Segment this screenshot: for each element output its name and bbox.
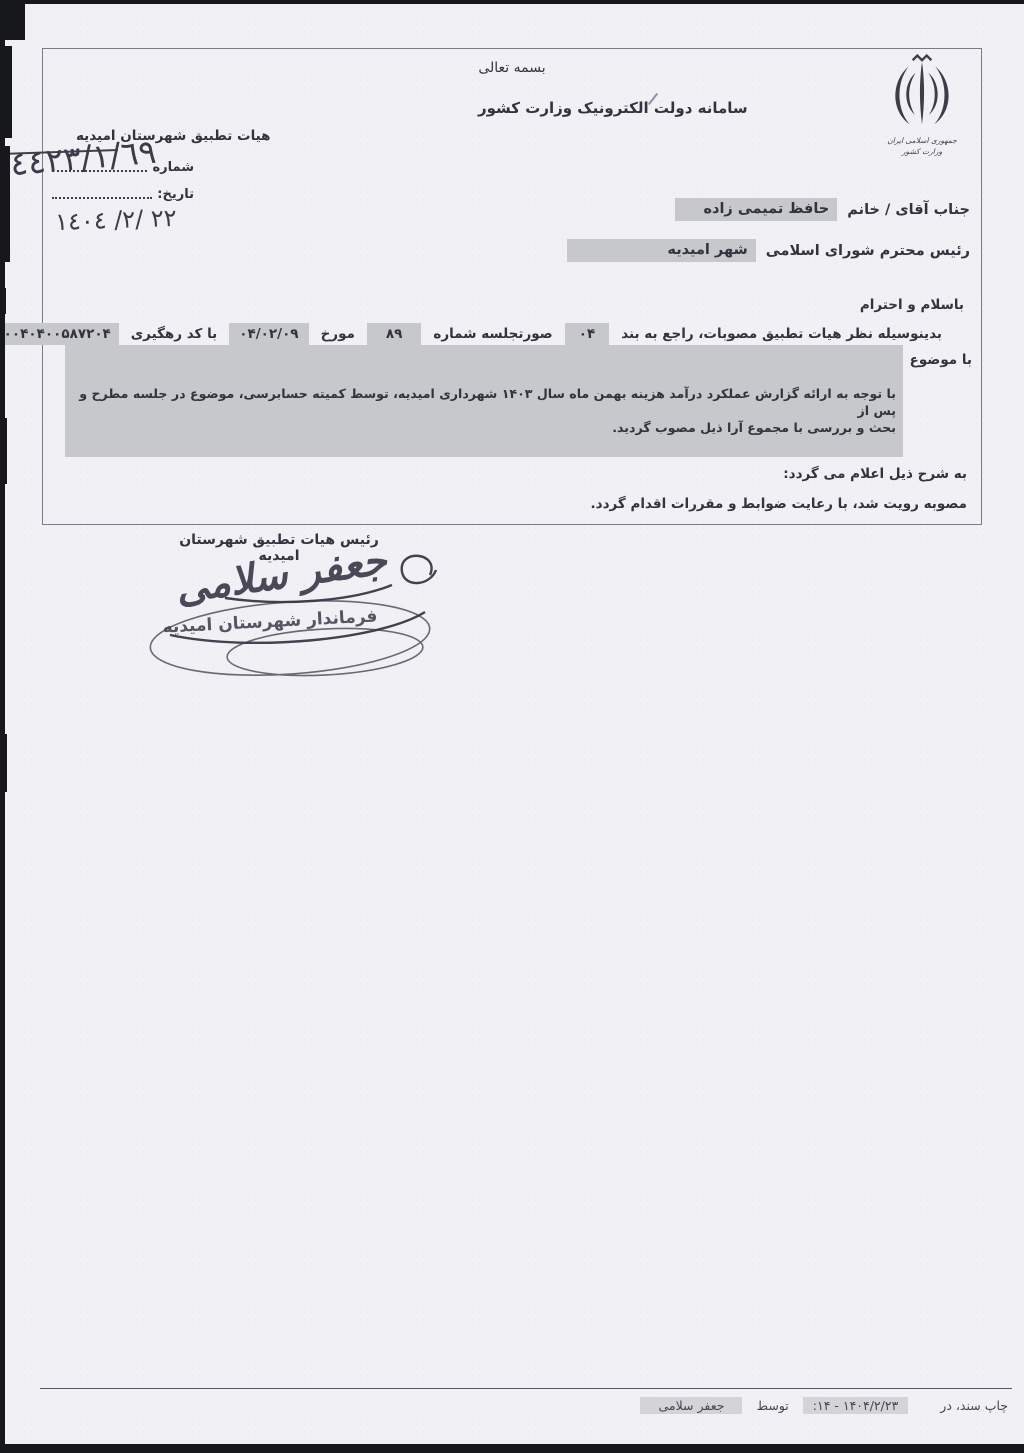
intro-prefix: بدینوسیله نظر هیات تطبیق مصوبات، راجع به… xyxy=(621,326,942,342)
printed-by: جعفر سلامی xyxy=(640,1397,742,1414)
recipient-line-1: جناب آقای / خانم حافظ تمیمی زاده xyxy=(675,198,970,221)
greeting: باسلام و احترام xyxy=(860,297,964,313)
salutation-label: جناب آقای / خانم xyxy=(847,202,970,218)
recipient-name: حافظ تمیمی زاده xyxy=(675,198,837,221)
recipient-line-2: رئیس محترم شورای اسلامی شهر امیدیه xyxy=(567,239,970,262)
minutes-label: صورتجلسه شماره xyxy=(433,326,552,342)
subject-label: با موضوع xyxy=(910,352,972,368)
clause-number: ۰۴ xyxy=(579,326,595,342)
announce-line: به شرح ذیل اعلام می گردد: xyxy=(783,466,967,482)
date-dotted-line xyxy=(52,196,152,199)
print-datetime: :۱۴ - ۱۴۰۴/۲/۲۳ xyxy=(813,1398,899,1413)
subject-block: با توجه به ارائه گزارش عملکرد درآمد هزین… xyxy=(65,345,903,457)
tracking-label: با کد رهگیری xyxy=(131,326,217,342)
handwritten-date: ١٤٠٤ /٢/ ٢٢ xyxy=(55,204,178,236)
scan-edge-bottom xyxy=(0,1444,1024,1453)
scan-blob-2 xyxy=(0,46,12,138)
date-row: تاریخ: xyxy=(52,187,194,202)
bismillah: بسمه تعالی xyxy=(312,60,712,76)
scanned-letter-page: بسمه تعالی سامانه دولت الکترونیک وزارت ک… xyxy=(0,0,1024,1453)
scan-blob-3 xyxy=(0,146,10,262)
scan-edge-top xyxy=(0,0,1024,4)
dated-label: مورخ xyxy=(321,326,355,342)
subject-text-line-2: بحث و بررسی با مجموع آرا ذیل مصوب گردید. xyxy=(72,419,896,436)
print-label: چاپ سند، در xyxy=(940,1398,1008,1413)
scan-blob-4 xyxy=(0,288,6,314)
subject-text-line-1: با توجه به ارائه گزارش عملکرد درآمد هزین… xyxy=(72,385,896,419)
reference-line: بدینوسیله نظر هیات تطبیق مصوبات، راجع به… xyxy=(0,323,942,345)
date-label: تاریخ: xyxy=(157,187,194,202)
minutes-date: ۰۴/۰۲/۰۹ xyxy=(239,326,298,342)
scan-blob-5 xyxy=(0,418,7,484)
recipient-title-label: رئیس محترم شورای اسلامی xyxy=(766,243,970,259)
emblem-caption-1: جمهوری اسلامی ایران xyxy=(872,136,972,145)
footer-divider xyxy=(40,1388,1012,1389)
footer-line: چاپ سند، در :۱۴ - ۱۴۰۴/۲/۲۳ توسط جعفر سل… xyxy=(640,1397,1008,1414)
number-label: شماره xyxy=(152,160,194,175)
minutes-number: ۸۹ xyxy=(386,326,402,342)
emblem-block: جمهوری اسلامی ایران وزارت کشور xyxy=(872,54,972,156)
recipient-city: شهر امیدیه xyxy=(567,239,755,262)
resolution-line: مصوبه رویت شد، با رعایت ضوابط و مقررات ا… xyxy=(591,496,967,512)
emblem-caption-2: وزارت کشور xyxy=(872,147,972,156)
iran-coat-of-arms-icon xyxy=(872,54,972,132)
scan-blob-1 xyxy=(0,4,25,40)
scan-blob-6 xyxy=(0,734,7,792)
system-title: سامانه دولت الکترونیک وزارت کشور xyxy=(478,99,748,117)
tracking-code: ۴۰۰۴۰۴۰۰۵۸۷۲۰۴ xyxy=(0,326,111,342)
by-label: توسط xyxy=(756,1398,788,1413)
